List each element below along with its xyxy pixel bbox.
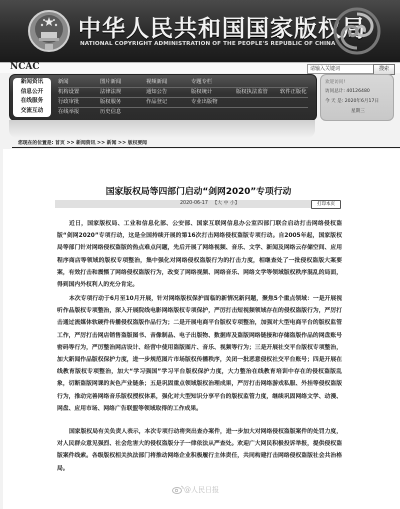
nav-link[interactable]: 通知公告 <box>146 88 167 97</box>
nav-link[interactable]: 在线举报 <box>58 108 79 117</box>
nav-row-news: 新闻 图片新闻 视频新闻 专题专栏 <box>58 78 308 88</box>
nav-link[interactable]: 行政审批 <box>58 98 79 107</box>
nav-row-info: 机构设置 法律法规 通知公告 版权统计 版权执法监管 软件正版化 <box>58 88 308 98</box>
breadcrumb-prefix: 您现在的位置是: <box>18 141 54 146</box>
site-title-en: NATIONAL COPYRIGHT ADMINISTRATION OF THE… <box>80 41 335 47</box>
article-paragraph: 近日，国家版权局、工业和信息化部、公安部、国家互联网信息办公室四部门联合启动打击… <box>57 218 342 291</box>
nav-link[interactable]: 版权执法监管 <box>236 88 268 97</box>
weibo-icon <box>172 485 184 494</box>
visit-count-value: 40126480 <box>346 89 369 94</box>
nav-link[interactable]: 新闻 <box>58 78 69 87</box>
site-abbr: NCAC <box>10 62 40 72</box>
nav-tab-news[interactable]: 新闻资讯 <box>13 78 51 88</box>
nav-category-tabs: 新闻资讯 信息公开 在线服务 交流互动 <box>13 78 51 117</box>
article-date: 2020-06-17 <box>180 201 208 206</box>
breadcrumb-copyright-news[interactable]: 版权要闻 <box>128 141 147 146</box>
main-nav: 新闻资讯 信息公开 在线服务 交流互动 新闻 图片新闻 视频新闻 专题专栏 机构… <box>9 74 317 121</box>
today-label: 今 天 是: <box>325 99 343 104</box>
nav-tab-interaction[interactable]: 交流互动 <box>13 107 51 117</box>
nav-tab-online-service[interactable]: 在线服务 <box>13 97 51 107</box>
site-banner: 中华人民共和国国家版权局 NATIONAL COPYRIGHT ADMINIST… <box>0 0 400 62</box>
today-value: 2020年6月17日 <box>345 99 379 104</box>
breadcrumb-news-info[interactable]: 新闻资讯 <box>76 141 95 146</box>
breadcrumb-separator: >> <box>66 141 74 146</box>
nav-link[interactable]: 图片新闻 <box>100 78 121 87</box>
breadcrumb: 您现在的位置是: 首页 >> 新闻资讯 >> 新闻 >> 版权要闻 <box>18 139 147 146</box>
nav-row-service: 行政审批 版权服务 作品登记 专业出版物 <box>58 98 308 108</box>
nav-link[interactable]: 专题专栏 <box>191 78 212 87</box>
article-paragraph: 国家版权局有关负责人表示，本次专项行动将突出查办案件，进一步加大对网络侵权盗版案… <box>57 426 342 475</box>
ncac-swirl-logo-icon <box>332 6 382 56</box>
welcome-text: 欢迎访问! <box>325 79 345 85</box>
nav-link[interactable]: 历史信息 <box>100 108 121 117</box>
nav-link[interactable]: 专业出版物 <box>191 98 218 107</box>
visit-count-label: 访问总计: <box>325 89 345 94</box>
article-title: 国家版权局等四部门启动“剑网2020”专项行动 <box>0 184 397 197</box>
nav-shadow <box>9 120 315 138</box>
nav-link[interactable]: 机构设置 <box>58 88 79 97</box>
print-button[interactable]: 打印本页 <box>311 200 341 209</box>
nav-link[interactable]: 软件正版化 <box>280 88 307 97</box>
font-size-selector[interactable]: 【大 中 小】 <box>212 201 239 206</box>
national-emblem-icon <box>27 8 71 54</box>
breadcrumb-separator: >> <box>97 141 105 146</box>
nav-tab-info-disclosure[interactable]: 信息公开 <box>13 88 51 98</box>
nav-link[interactable]: 版权服务 <box>100 98 121 107</box>
nav-link[interactable]: 作品登记 <box>146 98 167 107</box>
visitor-info-box: 欢迎访问! 访问总计: 40126480 今 天 是: 2020年6月17日 星… <box>320 74 394 121</box>
today-date: 今 天 是: 2020年6月17日 <box>325 98 379 104</box>
weekday: 星期三 <box>351 108 365 114</box>
watermark: @人民日报 <box>184 485 219 495</box>
visit-count: 访问总计: 40126480 <box>325 88 370 94</box>
breadcrumb-news[interactable]: 新闻 <box>107 141 117 146</box>
search-input[interactable]: 请输入关键词 <box>307 64 375 74</box>
nav-link[interactable]: 视频新闻 <box>146 78 167 87</box>
article-meta: 2020-06-17 【大 中 小】 <box>180 200 240 208</box>
nav-row-interaction: 在线举报 历史信息 <box>58 108 308 117</box>
breadcrumb-home[interactable]: 首页 <box>55 141 65 146</box>
article-paragraph: 本次专项行动于6月至10月开展，针对网络版权保护面临的新情况新问题，聚焦5个重点… <box>57 293 342 415</box>
nav-link[interactable]: 版权统计 <box>191 88 212 97</box>
nav-link[interactable]: 法律法规 <box>100 88 121 97</box>
breadcrumb-separator: >> <box>118 141 126 146</box>
site-title-cn: 中华人民共和国国家版权局 <box>78 10 366 43</box>
breadcrumb-divider <box>12 147 400 148</box>
